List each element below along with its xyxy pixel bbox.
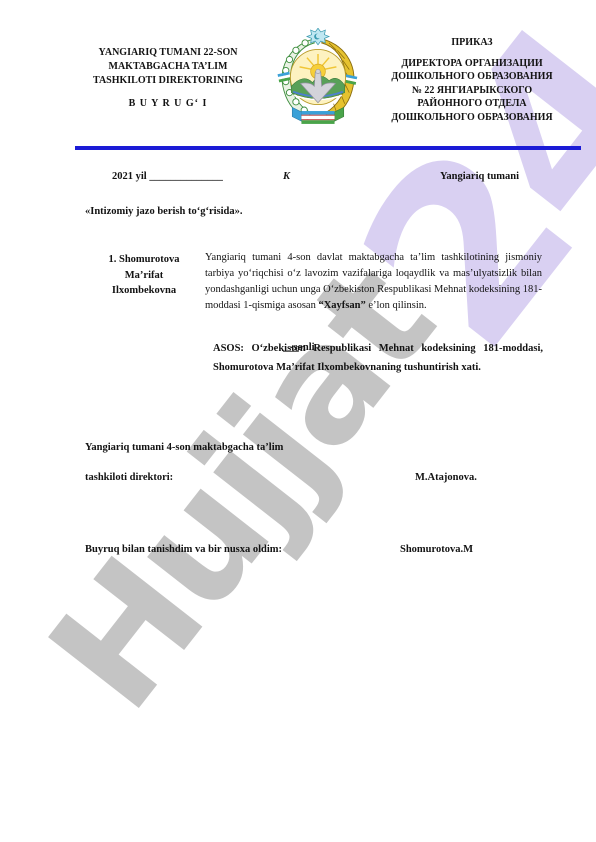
employee-name-line2: Ma’rifat: [88, 268, 200, 284]
header-left-uzbek: YANGIARIQ TUMANI 22-SON MAKTABGACHA TA’L…: [68, 46, 268, 111]
ru-line-1: ДИРЕКТОРА ОРГАНИЗАЦИИ: [368, 57, 576, 71]
number-k: K: [283, 171, 290, 182]
header-right-russian: ПРИКАЗ ДИРЕКТОРА ОРГАНИЗАЦИИ ДОШКОЛЬНОГО…: [368, 36, 576, 124]
acknowledgement-name: Shomurotova.M: [400, 544, 473, 555]
org-name-line2: MAKTABGACHA TA’LIM: [68, 60, 268, 74]
employee-name-line1: 1. Shomurotova: [88, 252, 200, 268]
org-name-line3: TASHKILOTI DIREKTORINING: [68, 74, 268, 88]
ru-line-3: № 22 ЯНГИАРЫКСКОГО: [368, 84, 576, 98]
order-body-paragraph: Yangiariq tumani 4-son davlat maktabgach…: [205, 250, 542, 314]
director-title-line: tashkiloti direktori:: [85, 472, 173, 483]
order-document-page: Hujjat24 YANGIARIQ TUMANI 22-SON MAKTABG…: [0, 0, 596, 842]
employee-name-line3: Ilxombekovna: [88, 283, 200, 299]
director-name: M.Atajonova.: [415, 472, 477, 483]
date-blank: 2021 yil ______________: [112, 171, 223, 182]
order-word: B U Y R U G‘ I: [68, 97, 268, 111]
ru-line-2: ДОШКОЛЬНОГО ОБРАЗОВАНИЯ: [368, 70, 576, 84]
ru-line-4: РАЙОННОГО ОТДЕЛА: [368, 97, 576, 111]
uzbekistan-emblem-icon: [272, 28, 364, 126]
order-number-blank: ___-K-sonli: [283, 171, 290, 182]
order-body-tail: e’lon qilinsin.: [366, 300, 427, 311]
place-label: Yangiariq tumani: [440, 171, 519, 182]
basis-paragraph: ASOS: O‘zbekiston Respublikasi Mehnat ko…: [213, 339, 543, 377]
acknowledgement-line: Buyruq bilan tanishdim va bir nusxa oldi…: [85, 544, 282, 555]
ru-line-5: ДОШКОЛЬНОГО ОБРАЗОВАНИЯ: [368, 111, 576, 125]
header-divider: [75, 146, 581, 150]
prikaz-title: ПРИКАЗ: [368, 36, 576, 50]
director-org-line: Yangiariq tumani 4-son maktabgacha ta’li…: [85, 442, 283, 453]
penalty-word: “Xayfsan”: [318, 300, 365, 311]
org-name-line1: YANGIARIQ TUMANI 22-SON: [68, 46, 268, 60]
order-subject: «Intizomiy jazo berish to‘g‘risida».: [85, 206, 243, 217]
employee-name-label: 1. Shomurotova Ma’rifat Ilxombekovna: [88, 252, 200, 299]
